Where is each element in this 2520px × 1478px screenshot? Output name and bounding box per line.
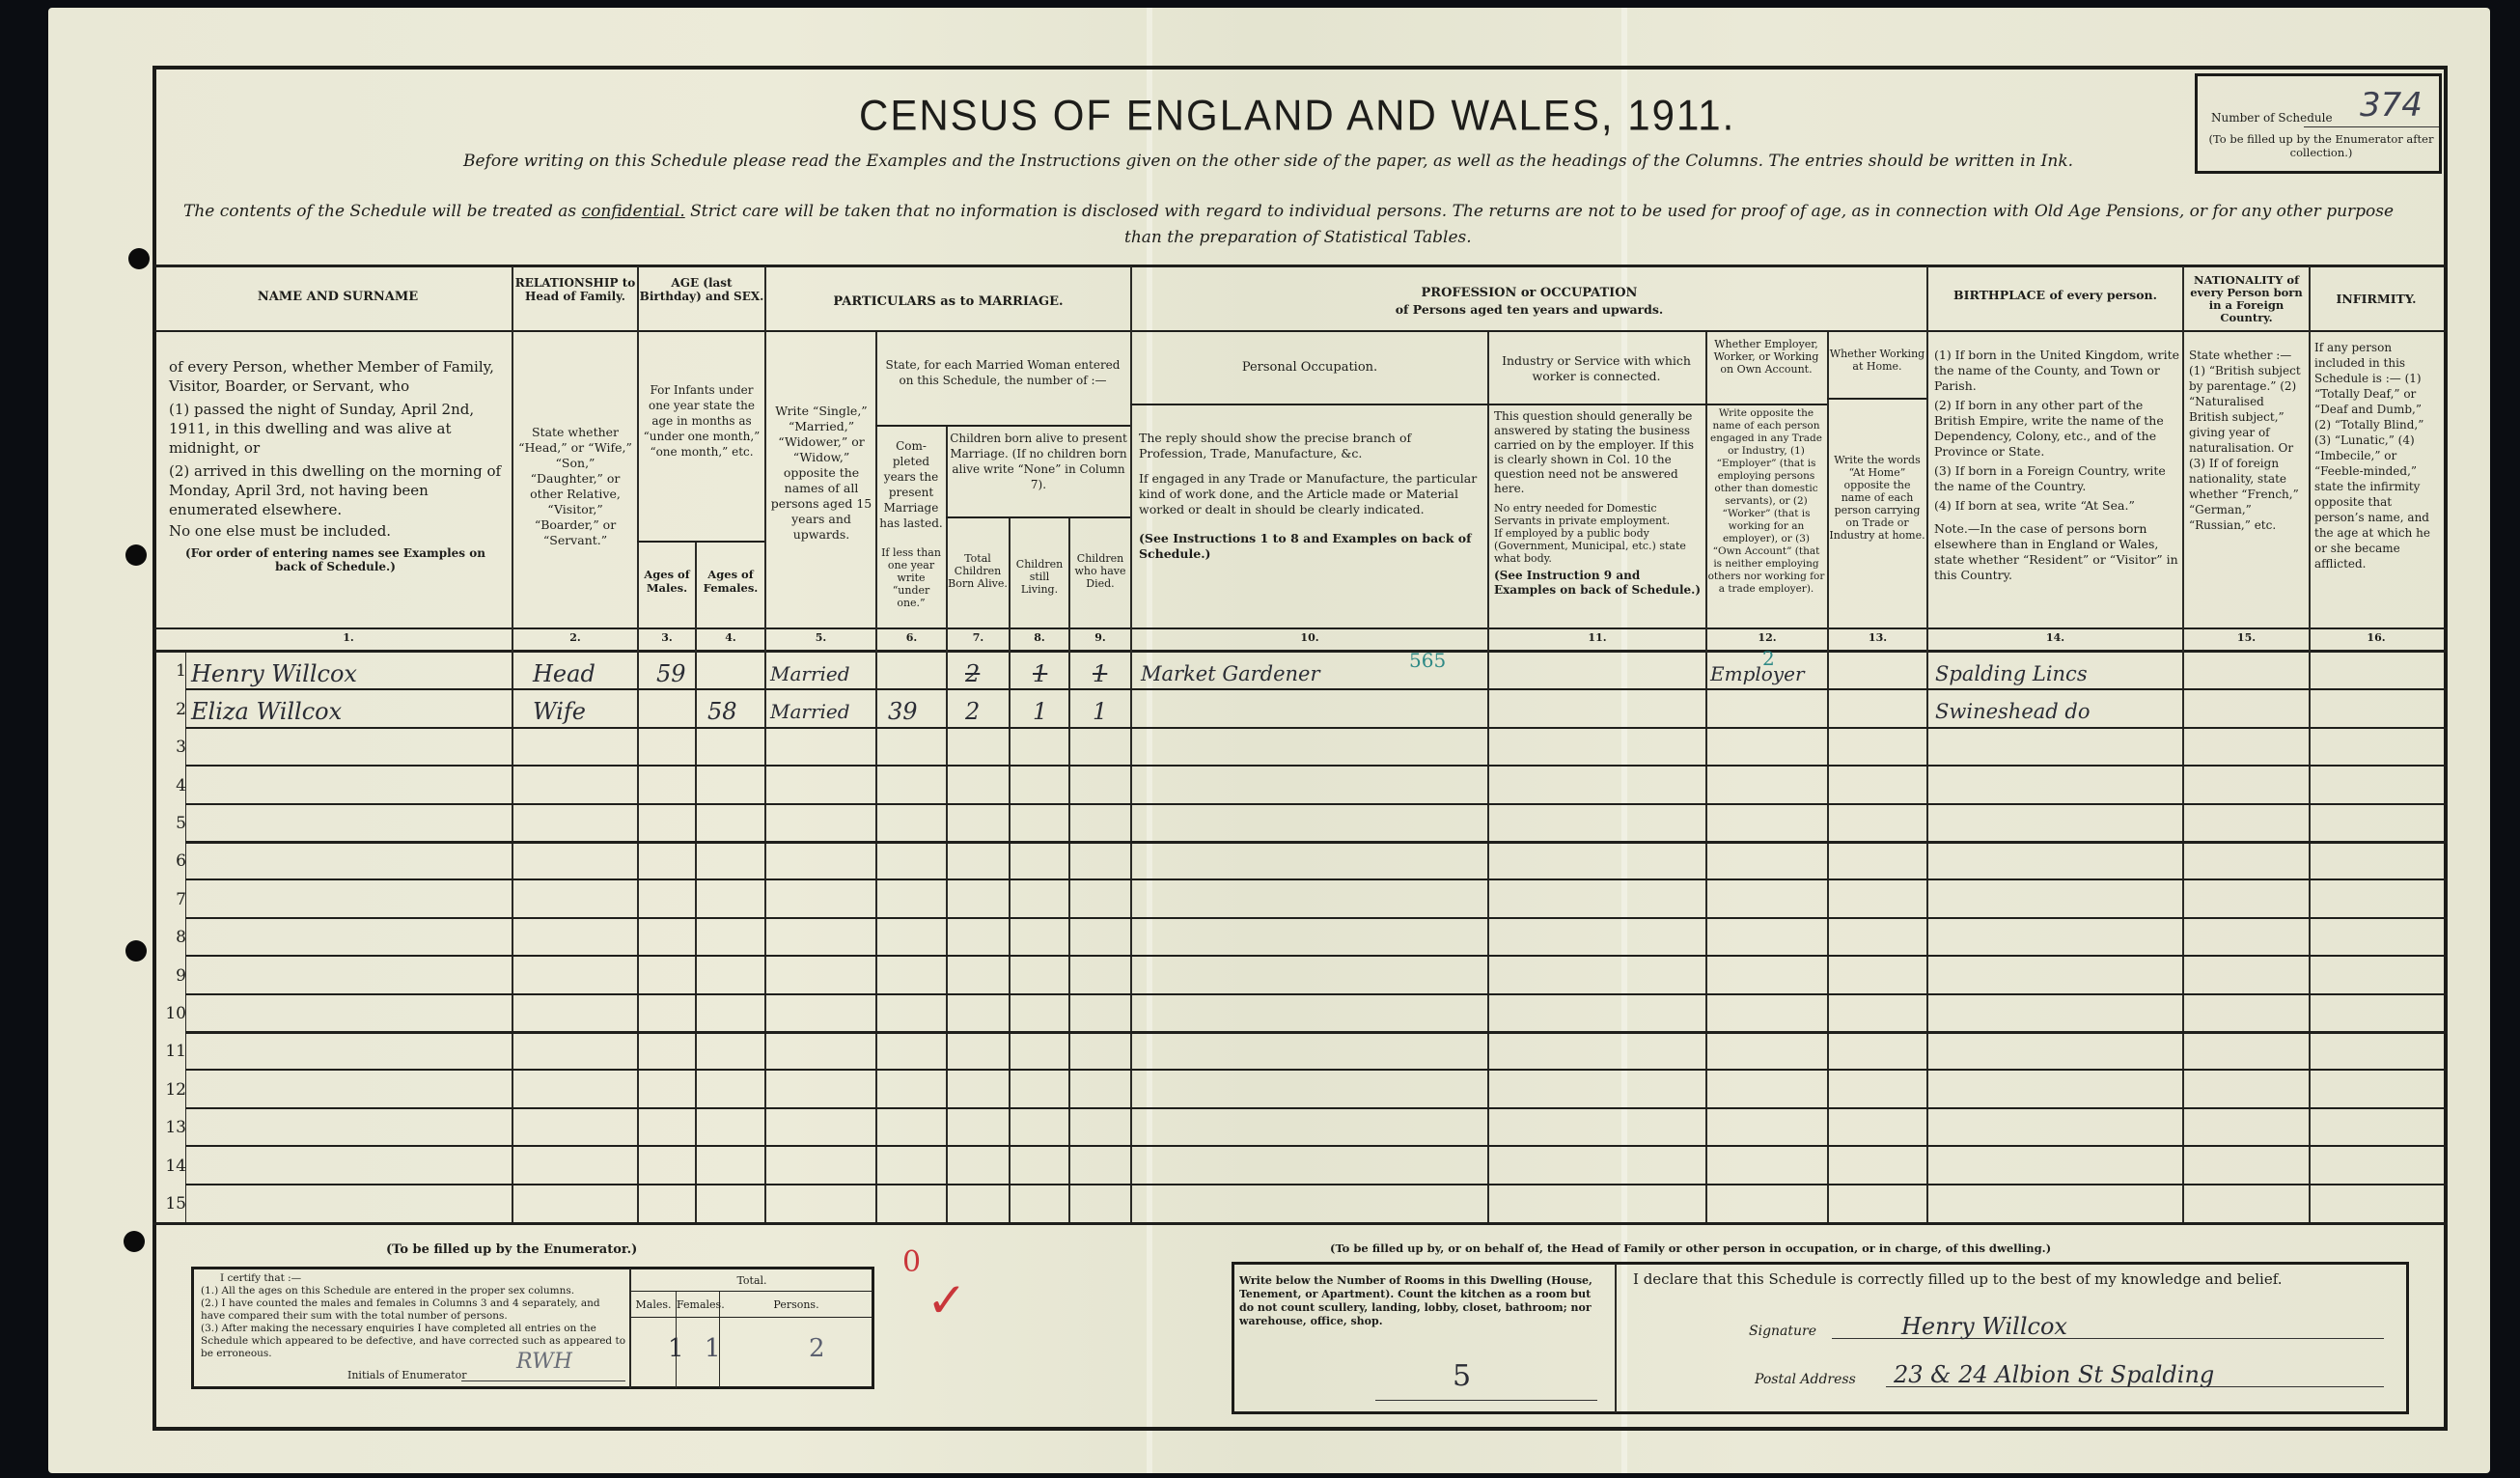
col-desc-age: For Infants under one year state the age… <box>641 382 762 460</box>
enumerator-heading: (To be filled up by the Enumerator.) <box>386 1242 637 1257</box>
row-number: 11 <box>159 1042 186 1061</box>
signature-label: Signature <box>1749 1325 1816 1338</box>
col-header-children-living: Children still Living. <box>1011 558 1068 596</box>
cell-name[interactable]: Eliza Willcox <box>191 698 342 725</box>
cell-birthplace[interactable]: Swineshead do <box>1935 700 2090 723</box>
cell-name[interactable]: Henry Willcox <box>191 660 357 687</box>
red-check-mark: ✓ <box>927 1272 967 1328</box>
row-number: 4 <box>159 776 186 795</box>
schedule-number-note: (To be filled up by the Enumerator after… <box>2207 132 2435 159</box>
col-desc-condition: Write “Single,” “Married,” “Widower,” or… <box>768 404 874 543</box>
row-number: 12 <box>159 1080 186 1100</box>
cell-occupation[interactable]: Market Gardener <box>1141 662 1320 685</box>
row-number: 10 <box>159 1004 186 1023</box>
cell-children-total[interactable]: 2 <box>965 660 980 687</box>
col-desc-personal-occupation: The reply should show the precise branch… <box>1139 431 1482 562</box>
punch-hole <box>125 940 147 962</box>
row-number: 2 <box>159 700 186 719</box>
col-header-employer: Whether Employer, Worker, or Working on … <box>1707 338 1825 376</box>
punch-hole <box>125 544 147 566</box>
col-header-name: NAME AND SURNAME <box>174 290 502 304</box>
cell-age-female[interactable]: 58 <box>707 698 737 725</box>
col-header-children-died: Children who have Died. <box>1070 552 1130 590</box>
schedule-number-value: 374 <box>2360 86 2423 125</box>
females-label: Females. <box>677 1298 719 1311</box>
col-desc-relationship: State whether “Head,” or “Wife,” “Son,” … <box>517 425 633 548</box>
rooms-value[interactable]: 5 <box>1453 1359 1471 1393</box>
row-number: 1 <box>159 661 186 681</box>
row-number: 8 <box>159 928 186 947</box>
row-number: 3 <box>159 738 186 757</box>
schedule-number-box: Number of Schedule 374 (To be filled up … <box>2195 73 2442 174</box>
postal-address-value[interactable]: 23 & 24 Albion St Spalding <box>1894 1361 2214 1388</box>
row-number: 14 <box>159 1157 186 1176</box>
col-subheader-occupation: of Persons aged ten years and upwards. <box>1132 303 1926 317</box>
row-number: 7 <box>159 890 186 909</box>
col-desc-employer: Write opposite the name of each person e… <box>1707 407 1825 596</box>
col-desc-married-woman: State, for each Married Woman entered on… <box>880 357 1125 388</box>
col-header-females: Ages of Females. <box>697 568 764 595</box>
col-header-relationship: RELATIONSHIP to Head of Family. <box>513 276 637 303</box>
col-desc-name: of every Person, whether Member of Famil… <box>169 357 502 573</box>
cell-relationship[interactable]: Wife <box>533 698 586 725</box>
col-header-age: AGE (last Birthday) and SEX. <box>639 276 764 303</box>
cell-relationship[interactable]: Head <box>533 660 595 687</box>
cell-children-living[interactable]: 1 <box>1033 660 1047 687</box>
confidential-line: The contents of the Schedule will be tre… <box>183 202 2394 221</box>
col-desc-infirmity: If any person included in this Schedule … <box>2314 340 2440 572</box>
col-header-personal-occupation: Personal Occupation. <box>1132 361 1487 375</box>
row-number: 13 <box>159 1118 186 1137</box>
head-of-family-heading: (To be filled up by, or on behalf of, th… <box>1330 1241 2051 1255</box>
col-note-years: If less than one year write “under one.” <box>877 546 945 609</box>
schedule-number-label: Number of Schedule <box>2211 111 2333 125</box>
cell-employer[interactable]: Employer <box>1710 662 1805 685</box>
cell-children-died[interactable]: 1 <box>1093 698 1107 725</box>
cell-children-living[interactable]: 1 <box>1033 698 1047 725</box>
total-persons[interactable]: 2 <box>809 1334 825 1363</box>
persons-label: Persons. <box>720 1298 872 1311</box>
signature-value[interactable]: Henry Willcox <box>1901 1313 2067 1340</box>
row-number: 6 <box>159 851 186 871</box>
page-title: CENSUS OF ENGLAND AND WALES, 1911. <box>859 92 1735 140</box>
initials-label: Initials of Enumerator <box>347 1369 467 1382</box>
col-header-males: Ages of Males. <box>639 568 695 595</box>
cell-birthplace[interactable]: Spalding Lincs <box>1935 662 2088 685</box>
col-desc-years: Com-pleted years the present Marriage ha… <box>877 438 945 531</box>
col-header-industry: Industry or Service with which worker is… <box>1491 353 1702 384</box>
males-label: Males. <box>631 1298 676 1311</box>
cell-children-total[interactable]: 2 <box>965 698 980 725</box>
cell-employer-code: 2 <box>1762 647 1775 670</box>
col-header-occupation: PROFESSION or OCCUPATION <box>1132 286 1926 300</box>
col-header-total-children: Total Children Born Alive. <box>948 552 1008 590</box>
row-number: 15 <box>159 1194 186 1213</box>
col-header-at-home: Whether Working at Home. <box>1829 348 1925 373</box>
red-zero-mark: 0 <box>902 1245 921 1279</box>
postal-address-label: Postal Address <box>1755 1373 1856 1386</box>
form-frame <box>152 66 2448 1431</box>
col-header-birthplace: BIRTHPLACE of every person. <box>1928 288 2182 302</box>
rooms-description: Write below the Number of Rooms in this … <box>1239 1274 1606 1328</box>
total-label: Total. <box>631 1274 872 1288</box>
cell-condition[interactable]: Married <box>770 662 850 685</box>
confidential-line-2: than the preparation of Statistical Tabl… <box>1124 228 1472 247</box>
cell-children-died[interactable]: 1 <box>1093 660 1107 687</box>
cell-occupation-code: 565 <box>1409 649 1446 672</box>
col-desc-children: Children born alive to present Marriage.… <box>950 431 1127 492</box>
initials-value[interactable]: RWH <box>516 1350 572 1374</box>
row-number: 9 <box>159 966 186 986</box>
cell-condition[interactable]: Married <box>770 700 850 723</box>
declaration-text: I declare that this Schedule is correctl… <box>1633 1272 2283 1286</box>
col-header-infirmity: INFIRMITY. <box>2311 292 2442 306</box>
col-desc-birthplace: (1) If born in the United Kingdom, write… <box>1934 348 2179 583</box>
col-header-nationality: NATIONALITY of every Person born in a Fo… <box>2184 274 2309 324</box>
instruction-line: Before writing on this Schedule please r… <box>463 152 2073 171</box>
col-desc-nationality: State whether :— (1) “British subject by… <box>2189 348 2307 533</box>
col-desc-at-home: Write the words “At Home” opposite the n… <box>1829 454 1925 542</box>
cell-age-male[interactable]: 59 <box>656 660 686 687</box>
enumerator-certification: I certify that :— (1.) All the ages on t… <box>201 1272 625 1360</box>
col-header-marriage: PARTICULARS as to MARRIAGE. <box>766 294 1130 309</box>
col-desc-industry: This question should generally be answer… <box>1494 409 1701 598</box>
total-males[interactable]: 1 <box>668 1334 684 1363</box>
punch-hole <box>128 248 150 269</box>
punch-hole <box>124 1231 145 1252</box>
total-females[interactable]: 1 <box>705 1334 721 1363</box>
row-number: 5 <box>159 814 186 833</box>
cell-years-married[interactable]: 39 <box>888 698 918 725</box>
